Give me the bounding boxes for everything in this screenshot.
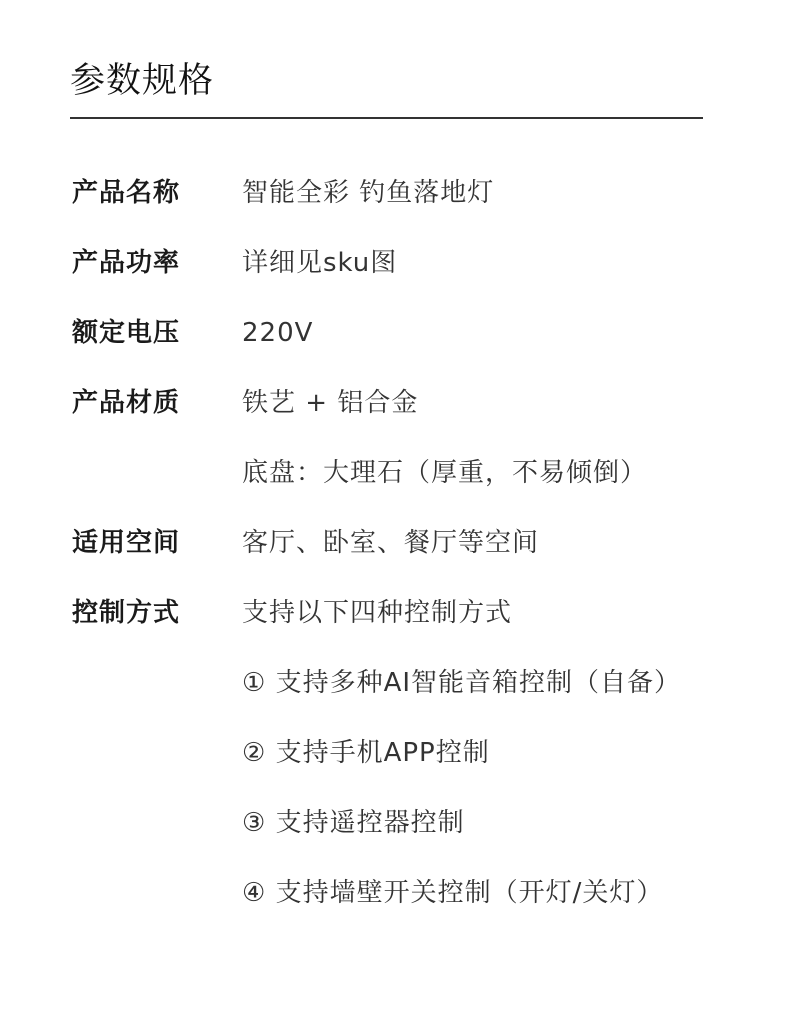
- spec-row-control-4: ④ 支持墙壁开关控制（开灯/关灯）: [72, 872, 752, 942]
- spec-row-space: 适用空间 客厅、卧室、餐厅等空间: [72, 522, 752, 592]
- spec-row-control: 控制方式 支持以下四种控制方式: [72, 592, 752, 662]
- spec-value: 底盘：大理石（厚重，不易倾倒）: [242, 452, 647, 494]
- spec-value: ① 支持多种AI智能音箱控制（自备）: [242, 662, 681, 704]
- spec-row-product-name: 产品名称 智能全彩 钓鱼落地灯: [72, 172, 752, 242]
- spec-row-voltage: 额定电压 220V: [72, 312, 752, 382]
- spec-row-control-2: ② 支持手机APP控制: [72, 732, 752, 802]
- spec-row-control-3: ③ 支持遥控器控制: [72, 802, 752, 872]
- spec-label: 产品材质: [72, 382, 242, 424]
- spec-label: 产品名称: [72, 172, 242, 214]
- spec-value: 智能全彩 钓鱼落地灯: [242, 172, 494, 214]
- spec-value: 支持以下四种控制方式: [242, 592, 512, 634]
- page-title: 参数规格: [70, 58, 214, 104]
- spec-value: 客厅、卧室、餐厅等空间: [242, 522, 539, 564]
- spec-row-material: 产品材质 铁艺 + 铝合金: [72, 382, 752, 452]
- spec-table: 产品名称 智能全彩 钓鱼落地灯 产品功率 详细见sku图 额定电压 220V 产…: [72, 172, 752, 942]
- spec-label: 适用空间: [72, 522, 242, 564]
- spec-value: ③ 支持遥控器控制: [242, 802, 465, 844]
- spec-row-power: 产品功率 详细见sku图: [72, 242, 752, 312]
- spec-value: 220V: [242, 312, 313, 354]
- title-divider: [70, 117, 703, 119]
- spec-label: 额定电压: [72, 312, 242, 354]
- spec-value: 详细见sku图: [242, 242, 397, 284]
- spec-row-control-1: ① 支持多种AI智能音箱控制（自备）: [72, 662, 752, 732]
- spec-label: 控制方式: [72, 592, 242, 634]
- spec-value: ② 支持手机APP控制: [242, 732, 490, 774]
- spec-value: ④ 支持墙壁开关控制（开灯/关灯）: [242, 872, 663, 914]
- spec-label: 产品功率: [72, 242, 242, 284]
- spec-value: 铁艺 + 铝合金: [242, 382, 418, 424]
- spec-row-material-base: 底盘：大理石（厚重，不易倾倒）: [72, 452, 752, 522]
